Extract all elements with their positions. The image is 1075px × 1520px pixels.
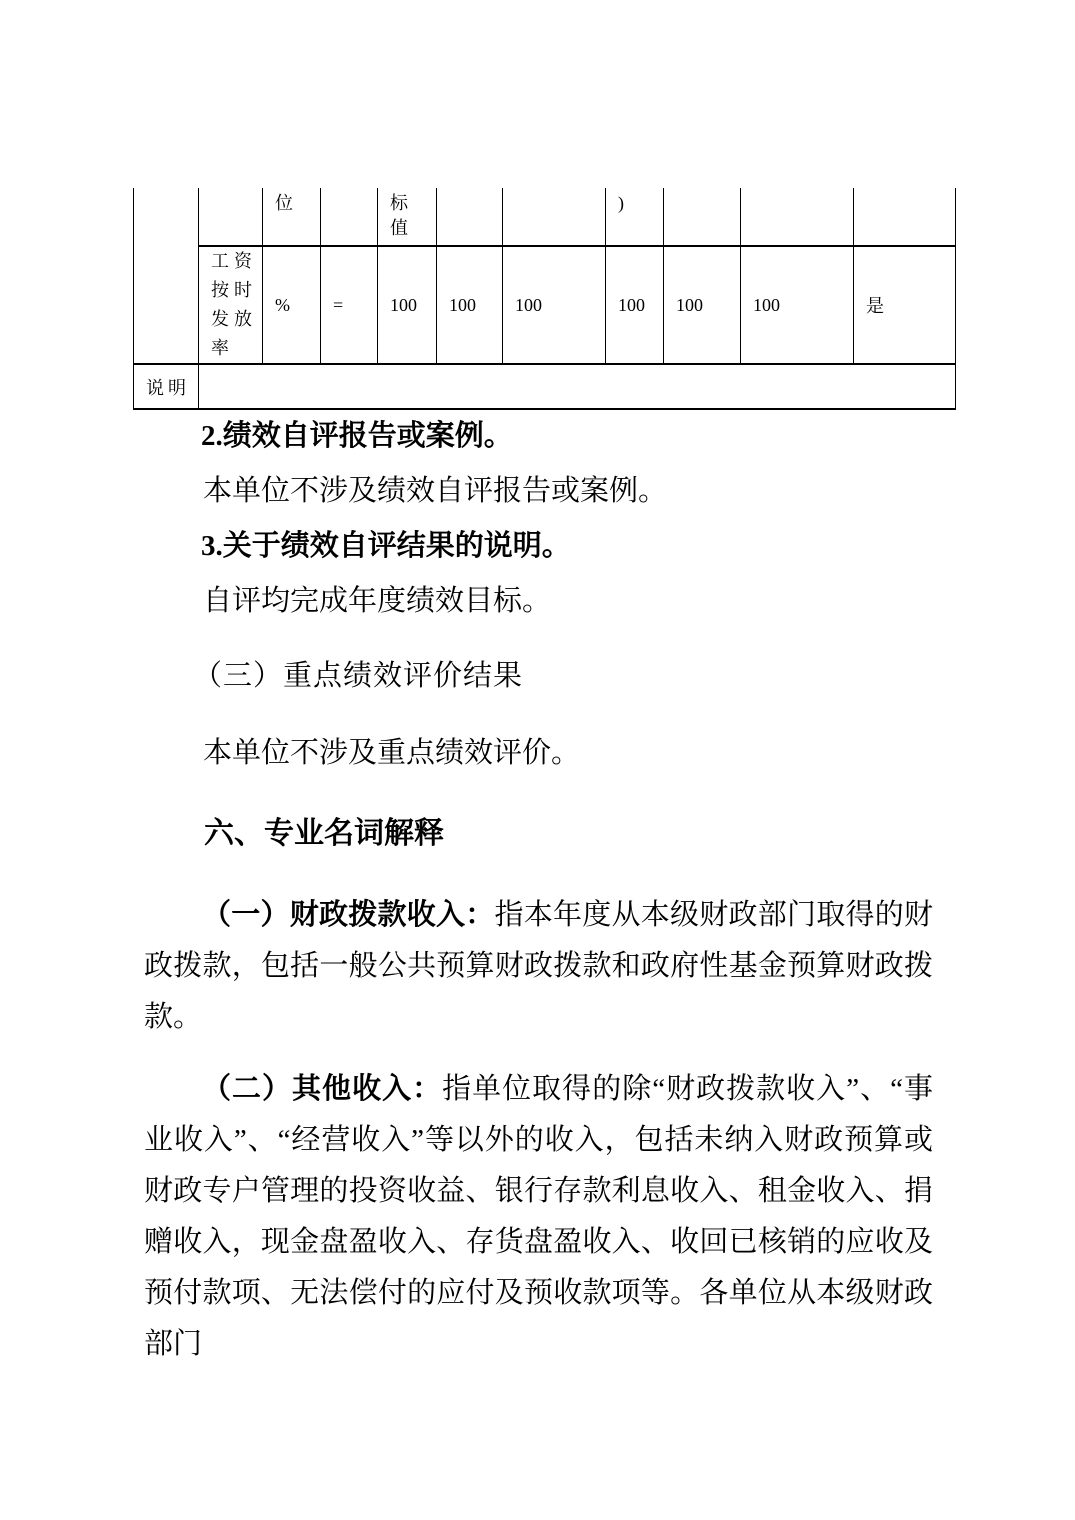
indicator-unit-cell: % — [263, 246, 321, 364]
indicator-operator-cell: = — [321, 246, 378, 364]
target-header-fragment-top: 标 — [390, 191, 436, 216]
heading-self-eval-report: 2.绩效自评报告或案例。 — [201, 420, 513, 452]
term-text-other-income: 指单位取得的除“财政拨款收入”、“事业收入”、“经营收入”等以外的收入，包括未纳… — [144, 1073, 933, 1360]
paragraph-self-eval-result-note: 自评均完成年度绩效目标。 — [203, 585, 551, 617]
indicator-name-line4: 率 — [211, 334, 262, 363]
heading-self-eval-result-note: 3.关于绩效自评结果的说明。 — [201, 530, 571, 562]
note-label-cell: 说明 — [134, 364, 199, 409]
table-cell-empty — [321, 188, 378, 246]
target-header-fragment-bottom: 值 — [390, 216, 436, 241]
paragraph-other-income: （二）其他收入：指单位取得的除“财政拨款收入”、“事业收入”、“经营收入”等以外… — [144, 1064, 933, 1370]
indicator-name-line1: 工资 — [211, 247, 262, 276]
table-cell-target-header-fragment: 标 值 — [378, 188, 437, 246]
table-cell-empty — [741, 188, 854, 246]
indicator-value-cell: 100 — [741, 246, 854, 364]
document-page: 位 标 值 ) 工资 按时 发放 率 % — [0, 0, 1075, 1520]
paren-fragment-text: ) — [618, 191, 663, 216]
performance-indicator-table: 位 标 值 ) 工资 按时 发放 率 % — [133, 188, 956, 410]
indicator-table-wrapper: 位 标 值 ) 工资 按时 发放 率 % — [133, 188, 956, 410]
indicator-name-line3: 发放 — [211, 305, 262, 334]
table-cell-empty — [437, 188, 503, 246]
table-note-row: 说明 — [134, 364, 956, 409]
indicator-name-line2: 按时 — [211, 276, 262, 305]
unit-header-fragment-text: 位 — [275, 191, 320, 216]
table-cell-empty — [199, 188, 263, 246]
indicator-value-cell: 100 — [437, 246, 503, 364]
note-content-cell — [199, 364, 956, 409]
paragraph-self-eval-report: 本单位不涉及绩效自评报告或案例。 — [203, 475, 667, 507]
indicator-data-row: 工资 按时 发放 率 % = 100 100 100 100 100 100 是 — [134, 246, 956, 364]
table-cell-row-label-empty — [134, 188, 199, 364]
indicator-result-cell: 是 — [854, 246, 956, 364]
paragraph-key-performance-evaluation: 本单位不涉及重点绩效评价。 — [203, 737, 580, 769]
table-cell-unit-header-fragment: 位 — [263, 188, 321, 246]
heading-key-performance-evaluation: （三）重点绩效评价结果 — [193, 660, 523, 692]
paragraph-fiscal-appropriation-income: （一）财政拨款收入：指本年度从本级财政部门取得的财政拨款，包括一般公共预算财政拨… — [144, 890, 933, 1043]
table-cell-empty — [664, 188, 741, 246]
table-cell-empty — [854, 188, 956, 246]
indicator-name-cell: 工资 按时 发放 率 — [199, 246, 263, 364]
indicator-value-cell: 100 — [378, 246, 437, 364]
heading-terminology: 六、专业名词解释 — [204, 817, 444, 850]
table-cell-empty — [503, 188, 606, 246]
indicator-value-cell: 100 — [664, 246, 741, 364]
table-continuation-row: 位 标 值 ) — [134, 188, 956, 246]
indicator-value-cell: 100 — [606, 246, 664, 364]
table-cell-paren-fragment: ) — [606, 188, 664, 246]
term-lead-other-income: （二）其他收入： — [202, 1073, 442, 1105]
indicator-value-cell: 100 — [503, 246, 606, 364]
term-lead-fiscal-appropriation: （一）财政拨款收入： — [202, 899, 495, 931]
